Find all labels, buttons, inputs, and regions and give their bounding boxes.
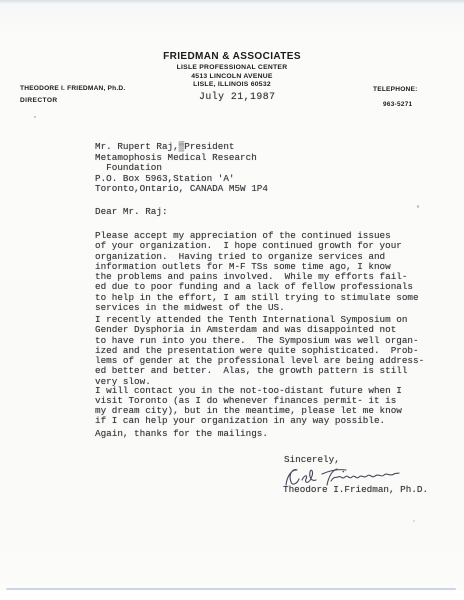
scan-bottom-margin [0,591,464,600]
letter-date: July 21,1987 [199,92,276,102]
letterhead-address-line-2: 4513 LINCOLN AVENUE [0,73,464,80]
scan-bottom-edge [6,588,456,590]
scanned-letter-page: FRIEDMAN & ASSOCIATES LISLE PROFESSIONAL… [0,0,464,600]
letterhead-telephone-label: TELEPHONE: [373,86,418,93]
recipient-address-block: Mr. Rupert Raj,▒President Metamophosis M… [95,142,268,195]
scan-speck [417,205,419,208]
letterhead-director-title: DIRECTOR [20,97,58,104]
letterhead-director-name: THEODORE I. FRIEDMAN, Ph.D. [20,85,125,92]
letterhead-address-line-1: LISLE PROFESSIONAL CENTER [0,64,464,71]
letterhead-telephone-number: 963-5271 [383,101,412,108]
body-paragraph-3: I will contact you in the not-too-distan… [95,386,402,427]
scan-speck [34,116,36,118]
salutation: Dear Mr. Raj: [95,207,168,217]
scan-top-edge [0,0,464,4]
body-paragraph-2: I recently attended the Tenth Internatio… [95,315,424,387]
letterhead-company-name: FRIEDMAN & ASSOCIATES [0,51,464,62]
typed-signature-name: Theodore I.Friedman, Ph.D. [283,485,428,495]
body-paragraph-1: Please accept my appreciation of the con… [95,231,419,313]
scan-speck [413,520,415,522]
closing-line: Again, thanks for the mailings. [95,429,268,439]
